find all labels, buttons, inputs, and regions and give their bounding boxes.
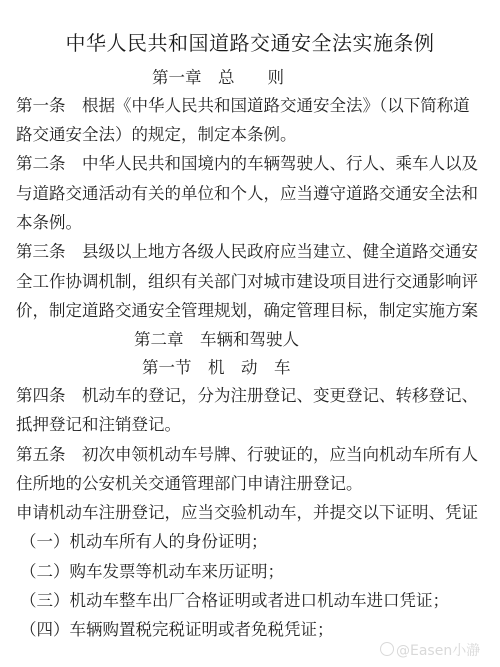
watermark-logo-icon <box>380 642 394 656</box>
article-line: 第四条 机动车的登记，分为注册登记、变更登记、转移登记、 <box>16 385 478 407</box>
article-line: 路交通安全法）的规定，制定本条例。 <box>16 124 297 146</box>
article-line: 申请机动车注册登记，应当交验机动车，并提交以下证明、凭证 <box>16 502 478 524</box>
section-heading: 第一节 机 动 车 <box>142 357 291 379</box>
article-line: 与道路交通活动有关的单位和个人，应当遵守道路交通安全法和 <box>16 183 478 205</box>
document-title: 中华人民共和国道路交通安全法实施条例 <box>0 30 500 56</box>
article-line: 价，制定道路交通安全管理规划，确定管理目标，制定实施方案 <box>16 300 478 322</box>
article-line: 第二条 中华人民共和国境内的车辆驾驶人、行人、乘车人以及 <box>16 153 478 175</box>
list-item: （四）车辆购置税完税证明或者免税凭证； <box>20 619 334 641</box>
list-item: （一）机动车所有人的身份证明； <box>20 531 268 553</box>
article-line: 住所地的公安机关交通管理部门申请注册登记。 <box>16 473 363 495</box>
watermark: @Easen小瀞 <box>380 640 480 660</box>
list-item: （三）机动车整车出厂合格证明或者进口机动车进口凭证； <box>20 590 449 612</box>
article-line: 第一条 根据《中华人民共和国道路交通安全法》（以下简称道 <box>16 95 470 117</box>
article-line: 第五条 初次申领机动车号牌、行驶证的，应当向机动车所有人 <box>16 444 478 466</box>
article-line: 抵押登记和注销登记。 <box>16 414 181 436</box>
chapter-heading: 第一章 总 则 <box>152 67 284 89</box>
list-item: （二）购车发票等机动车来历证明； <box>20 561 284 583</box>
watermark-text: @Easen小瀞 <box>396 643 480 659</box>
article-line: 本条例。 <box>16 212 82 234</box>
article-line: 全工作协调机制，组织有关部门对城市建设项目进行交通影响评 <box>16 271 478 293</box>
article-line: 第三条 县级以上地方各级人民政府应当建立、健全道路交通安 <box>16 241 478 263</box>
chapter-heading: 第二章 车辆和驾驶人 <box>134 329 299 351</box>
document-page: 中华人民共和国道路交通安全法实施条例 第一章 总 则 第一条 根据《中华人民共和… <box>0 0 500 667</box>
